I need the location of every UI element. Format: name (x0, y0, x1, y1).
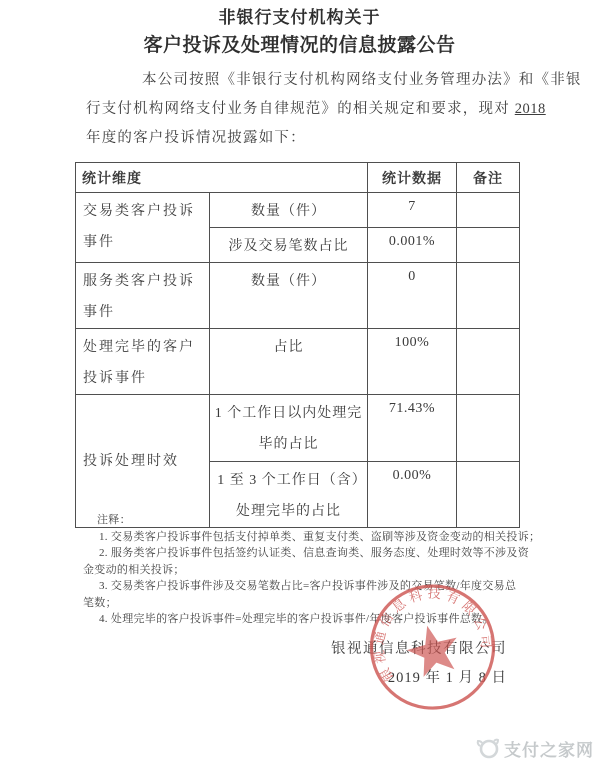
intro-line-2-text: 行支付机构网络支付业务自律规范》的相关规定和要求，现对 (86, 101, 515, 117)
category-resolved-complaints: 处理完毕的客户投诉事件 (76, 329, 210, 395)
document-page: 非银行支付机构关于 客户投诉及处理情况的信息披露公告 本公司按照《非银行支付机构… (0, 0, 599, 775)
watermark-footer: 支付之家网 (474, 735, 594, 761)
complaints-table: 统计维度 统计数据 备注 交易类客户投诉事件 数量（件） 7 涉及交易笔数占比 … (75, 162, 520, 528)
intro-line-3: 年度的客户投诉情况披露如下： (86, 124, 564, 153)
zhifuzhijia-logo-icon (474, 736, 501, 760)
header-dimension: 统计维度 (76, 163, 368, 193)
document-title-line1: 非银行支付机构关于 (0, 3, 599, 28)
note-line: 1. 交易类客户投诉事件包括支付掉单类、重复支付类、盗刷等涉及资金变动的相关投诉… (83, 529, 521, 546)
metric-cell: 1 个工作日以内处理完毕的占比 (210, 395, 368, 462)
category-transaction-complaints: 交易类客户投诉事件 (76, 193, 210, 263)
note-line: 3. 交易类客户投诉事件涉及交易笔数占比=客户投诉事件涉及的交易笔数/年度交易总 (83, 578, 521, 595)
disclosure-year: 2018 (515, 101, 546, 117)
document-title-line2: 客户投诉及处理情况的信息披露公告 (0, 30, 599, 57)
metric-cell: 涉及交易笔数占比 (210, 228, 368, 263)
table-header-row: 统计维度 统计数据 备注 (76, 163, 520, 193)
notes-label: 注释： (83, 512, 521, 529)
header-remark: 备注 (457, 163, 520, 193)
table-row: 投诉处理时效 1 个工作日以内处理完毕的占比 71.43% (76, 395, 520, 462)
value-cell: 71.43% (368, 395, 457, 462)
remark-cell-empty (457, 193, 520, 228)
category-handling-timeliness: 投诉处理时效 (76, 395, 210, 528)
remark-cell-empty (457, 263, 520, 329)
note-line: 2. 服务类客户投诉事件包括签约认证类、信息查询类、服务态度、处理时效等不涉及资 (83, 545, 521, 562)
note-line: 4. 处理完毕的客户投诉事件=处理完毕的客户投诉事件/年度客户投诉事件总数。 (83, 611, 521, 628)
table-row: 处理完毕的客户投诉事件 占比 100% (76, 329, 520, 395)
remark-cell-empty (457, 329, 520, 395)
intro-paragraph: 本公司按照《非银行支付机构网络支付业务管理办法》和《非银 行支付机构网络支付业务… (86, 66, 564, 153)
table-row: 交易类客户投诉事件 数量（件） 7 (76, 193, 520, 228)
intro-line-1: 本公司按照《非银行支付机构网络支付业务管理办法》和《非银 (86, 66, 564, 95)
category-service-complaints: 服务类客户投诉事件 (76, 263, 210, 329)
value-cell: 7 (368, 193, 457, 228)
metric-cell: 数量（件） (210, 263, 368, 329)
value-cell: 0.001% (368, 228, 457, 263)
table-row: 服务类客户投诉事件 数量（件） 0 (76, 263, 520, 329)
metric-cell: 占比 (210, 329, 368, 395)
signature-date: 2019 年 1 月 8 日 (0, 666, 507, 687)
intro-line-2: 行支付机构网络支付业务自律规范》的相关规定和要求，现对 2018 (86, 95, 564, 124)
header-data: 统计数据 (368, 163, 457, 193)
remark-cell-empty (457, 395, 520, 462)
watermark-brand-text: 支付之家网 (504, 736, 594, 761)
metric-cell: 数量（件） (210, 193, 368, 228)
signature-company-name: 银视通信息科技有限公司 (0, 637, 507, 658)
note-line: 笔数； (83, 595, 521, 612)
value-cell: 100% (368, 329, 457, 395)
remark-cell-empty (457, 228, 520, 263)
value-cell: 0 (368, 263, 457, 329)
note-line: 金变动的相关投诉； (83, 562, 521, 579)
notes-section: 注释： 1. 交易类客户投诉事件包括支付掉单类、重复支付类、盗刷等涉及资金变动的… (83, 512, 521, 628)
